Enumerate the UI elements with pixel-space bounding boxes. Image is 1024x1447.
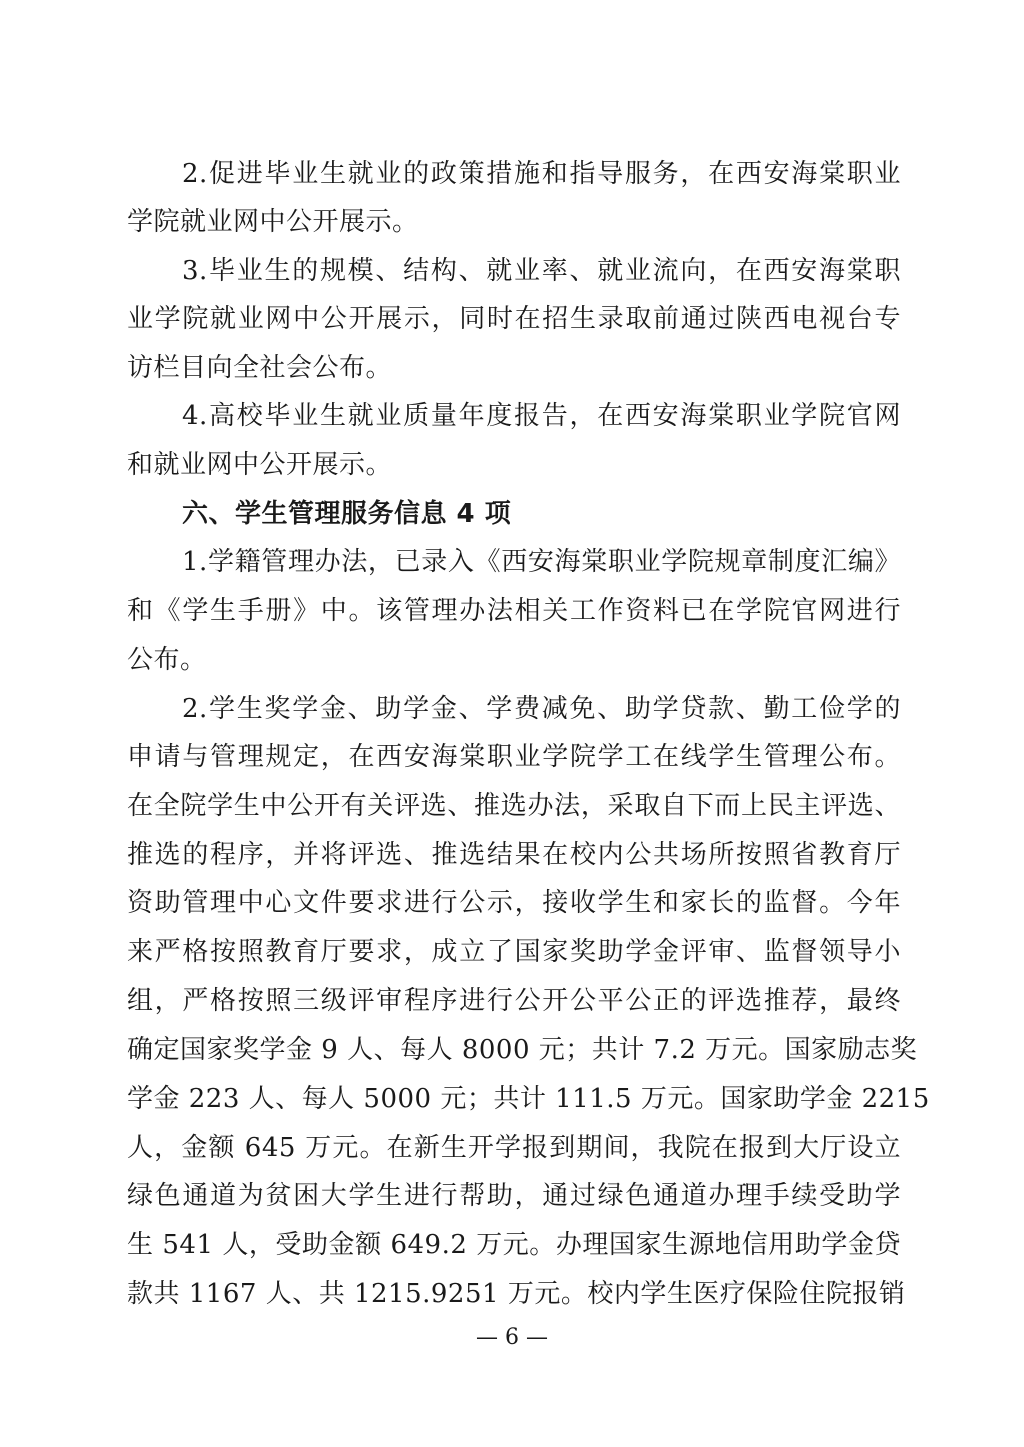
text-line: 推选的程序，并将评选、推选结果在校内公共场所按照省教育厅: [127, 831, 901, 879]
text-line: 学金 223 人、每人 5000 元；共计 111.5 万元。国家助学金 221…: [127, 1075, 901, 1123]
text-line: 公布。: [127, 636, 901, 684]
page-number: — 6 —: [0, 1323, 1024, 1353]
text-line: 2.学生奖学金、助学金、学费减免、助学贷款、勤工俭学的: [182, 685, 901, 733]
text-line: 资助管理中心文件要求进行公示，接收学生和家长的监督。今年: [127, 879, 901, 927]
text-line: 绿色通道为贫困大学生进行帮助，通过绿色通道办理手续受助学: [127, 1172, 901, 1220]
text-line: 和就业网中公开展示。: [127, 441, 901, 489]
text-line: 生 541 人，受助金额 649.2 万元。办理国家生源地信用助学金贷: [127, 1221, 901, 1269]
text-line: 人，金额 645 万元。在新生开学报到期间，我院在报到大厅设立: [127, 1124, 901, 1172]
text-line: 款共 1167 人、共 1215.9251 万元。校内学生医疗保险住院报销: [127, 1270, 901, 1318]
text-line: 学院就业网中公开展示。: [127, 198, 901, 246]
text-line: 业学院就业网中公开展示，同时在招生录取前通过陕西电视台专: [127, 295, 901, 343]
text-line: 确定国家奖学金 9 人、每人 8000 元；共计 7.2 万元。国家励志奖: [127, 1026, 901, 1074]
text-line: 2.促进毕业生就业的政策措施和指导服务，在西安海棠职业: [182, 150, 901, 198]
text-line: 4.高校毕业生就业质量年度报告，在西安海棠职业学院官网: [182, 392, 901, 440]
text-line: 组，严格按照三级评审程序进行公开公平公正的评选推荐，最终: [127, 977, 901, 1025]
text-line: 申请与管理规定，在西安海棠职业学院学工在线学生管理公布。: [127, 733, 901, 781]
text-line: 访栏目向全社会公布。: [127, 344, 901, 392]
section-heading: 六、学生管理服务信息 4 项: [182, 490, 901, 538]
document-page: 2.促进毕业生就业的政策措施和指导服务，在西安海棠职业 学院就业网中公开展示。 …: [0, 0, 1024, 1447]
text-line: 在全院学生中公开有关评选、推选办法，采取自下而上民主评选、: [127, 782, 901, 830]
text-line: 和《学生手册》中。该管理办法相关工作资料已在学院官网进行: [127, 587, 901, 635]
text-line: 3.毕业生的规模、结构、就业率、就业流向，在西安海棠职: [182, 247, 901, 295]
text-line: 1.学籍管理办法，已录入《西安海棠职业学院规章制度汇编》: [182, 538, 901, 586]
text-line: 来严格按照教育厅要求，成立了国家奖助学金评审、监督领导小: [127, 928, 901, 976]
